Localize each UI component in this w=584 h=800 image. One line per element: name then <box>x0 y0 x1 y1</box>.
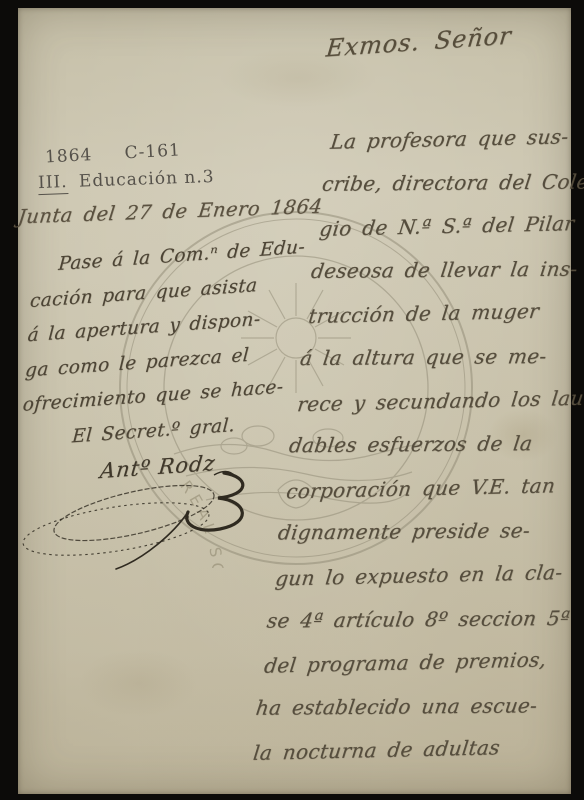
manuscript-line: corporación que V.E. tan <box>284 463 581 513</box>
section-roman-numeral: III. <box>38 172 68 195</box>
manuscript-line: gun lo expuesto en la cla- <box>273 551 570 601</box>
archival-section: III. Educación n.3 <box>38 167 215 193</box>
paper-stain <box>78 648 198 718</box>
photo-background: REAL SOCIEDAD ECONÓMICA VALENCIANA DE AM… <box>0 0 584 800</box>
manuscript-line: se 4ª artículo 8º seccion 5ª <box>264 597 562 643</box>
manuscript-line: dables esfuerzos de la <box>286 422 584 468</box>
archival-code: C-161 <box>124 140 181 163</box>
manuscript-line: cribe, directora del Cole- <box>319 160 584 206</box>
manuscript-line: deseosa de llevar la ins- <box>308 247 584 293</box>
manuscript-line: La profesora que sus- <box>328 114 584 164</box>
manuscript-line: la nocturna de adultas <box>251 726 548 776</box>
marginal-decree: Pase á la Com.ⁿ de Edu- cación para que … <box>19 231 301 458</box>
manuscript-line: del programa de premios, <box>262 638 559 688</box>
section-label: Educación n.3 <box>79 167 215 192</box>
archival-year: 1864 <box>45 145 93 167</box>
manuscript-line: trucción de la muger <box>306 289 584 339</box>
signature-flourish <box>18 463 278 578</box>
manuscript-line: gio de N.ª S.ª del Pilar <box>317 201 584 251</box>
manuscript-line: á la altura que se me- <box>297 335 584 381</box>
manuscript-line: ha establecido una escue- <box>253 684 551 730</box>
manuscript-line: rece y secundando los lau- <box>295 376 584 426</box>
salutation: Exmos. Señor <box>325 21 513 62</box>
document-page: REAL SOCIEDAD ECONÓMICA VALENCIANA DE AM… <box>18 8 571 794</box>
manuscript-line: dignamente preside se- <box>275 509 573 555</box>
archival-reference: 1864 C-161 <box>45 140 182 167</box>
